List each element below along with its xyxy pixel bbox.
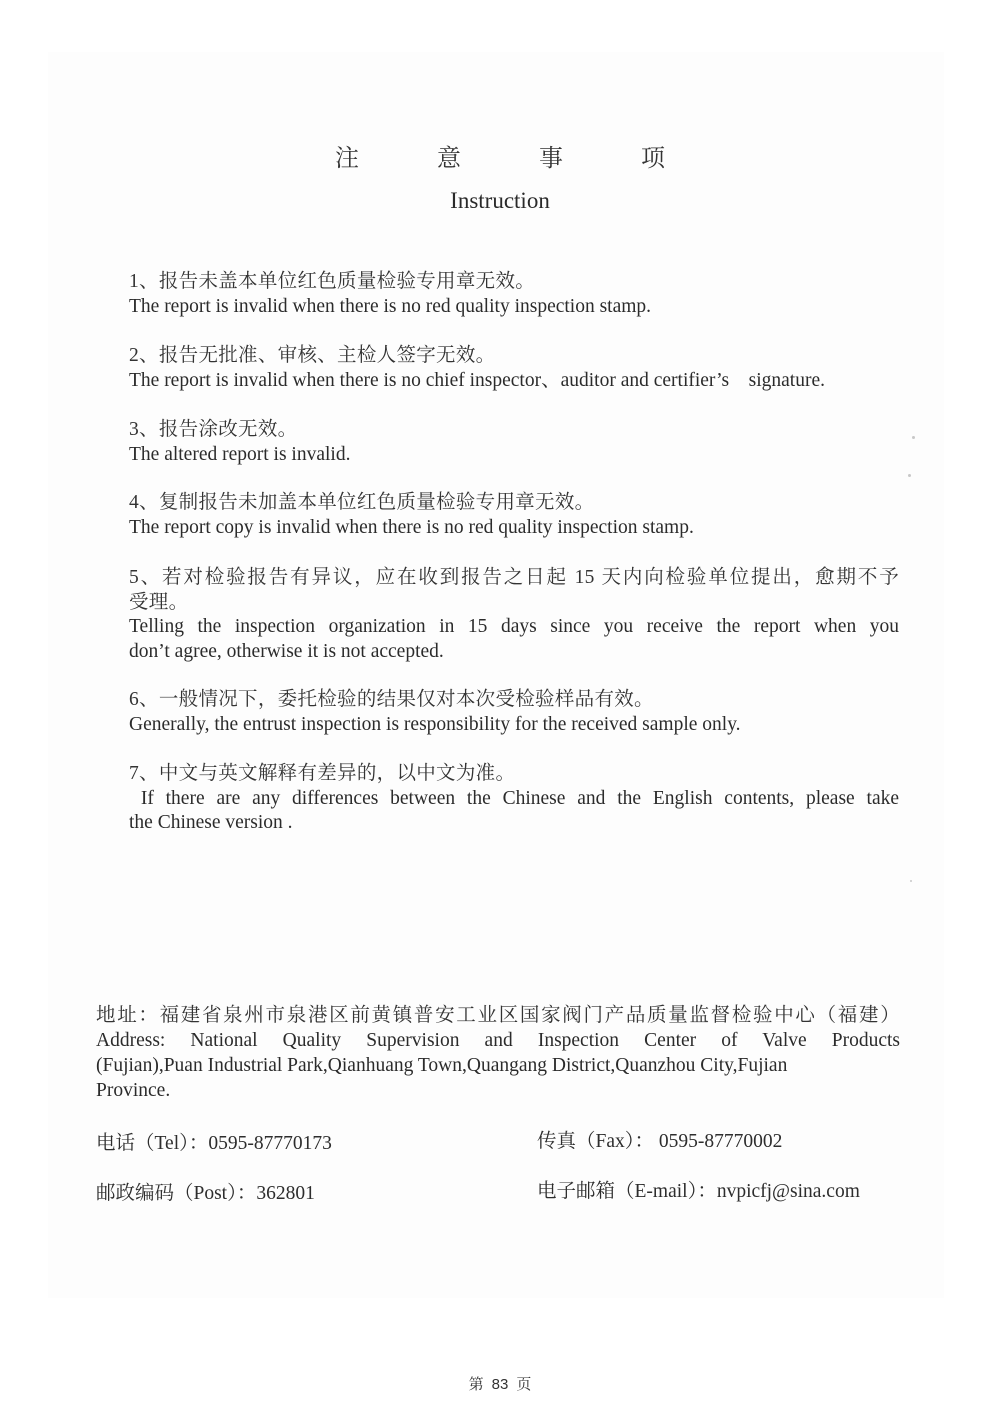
scanned-page-area: [48, 52, 944, 1298]
contact-tel: 电话（Tel）：0595-87770173: [96, 1127, 332, 1155]
instruction-text-en: The report is invalid when there is no r…: [129, 295, 899, 320]
instruction-item-6: 6、一般情况下，委托检验的结果仅对本次受检验样品有效。 Generally, t…: [129, 688, 899, 737]
instruction-text-cn: 3、报告涂改无效。: [129, 418, 899, 443]
instruction-item-5: 5、若对检验报告有异议，应在收到报告之日起 15 天内向检验单位提出，愈期不予 …: [129, 566, 899, 664]
page-number-prefix: 第: [469, 1376, 484, 1393]
instruction-text-en: Generally, the entrust inspection is res…: [129, 713, 899, 738]
instruction-text-cn: 2、报告无批准、审核、主检人签字无效。: [129, 344, 899, 369]
address-cn: 地址：福建省泉州市泉港区前黄镇普安工业区国家阀门产品质量监督检验中心（福建）: [96, 1003, 900, 1028]
page-title-chinese: 注 意 事 项: [0, 138, 1000, 173]
contact-email: 电子邮箱（E-mail）：nvpicfj@sina.com: [537, 1175, 860, 1203]
instruction-text-en: If there are any differences between the…: [129, 787, 899, 812]
address-en-line2: (Fujian),Puan Industrial Park,Qianhuang …: [96, 1053, 871, 1078]
address-en-line3: Province.: [96, 1078, 900, 1103]
page-number-footer: 第83页: [0, 1373, 1000, 1394]
instruction-text-en-continued: don’t agree, otherwise it is not accepte…: [129, 640, 899, 665]
instruction-item-3: 3、报告涂改无效。 The altered report is invalid.: [129, 418, 899, 467]
page-number-suffix: 页: [516, 1376, 531, 1393]
page-title-english: Instruction: [0, 188, 1000, 214]
page-number: 83: [492, 1376, 509, 1393]
instruction-text-en: The report copy is invalid when there is…: [129, 516, 899, 541]
instruction-text-cn: 5、若对检验报告有异议，应在收到报告之日起 15 天内向检验单位提出，愈期不予: [129, 566, 899, 591]
instruction-item-1: 1、报告未盖本单位红色质量检验专用章无效。 The report is inva…: [129, 270, 899, 319]
scan-speck: [908, 474, 911, 477]
address-en-line1: Address: National Quality Supervision an…: [96, 1028, 900, 1053]
instruction-text-cn: 6、一般情况下，委托检验的结果仅对本次受检验样品有效。: [129, 688, 899, 713]
instruction-text-en-continued: the Chinese version .: [129, 811, 899, 836]
address-block: 地址：福建省泉州市泉港区前黄镇普安工业区国家阀门产品质量监督检验中心（福建） A…: [96, 1003, 900, 1103]
contact-post: 邮政编码（Post）：362801: [96, 1177, 315, 1205]
instruction-text-cn: 7、中文与英文解释有差异的，以中文为准。: [129, 762, 899, 787]
scan-speck: [912, 436, 915, 439]
instruction-text-en: The report is invalid when there is no c…: [129, 369, 899, 394]
instruction-item-2: 2、报告无批准、审核、主检人签字无效。 The report is invali…: [129, 344, 899, 393]
instruction-item-4: 4、复制报告未加盖本单位红色质量检验专用章无效。 The report copy…: [129, 491, 899, 540]
instruction-text-cn: 4、复制报告未加盖本单位红色质量检验专用章无效。: [129, 491, 899, 516]
instruction-text-cn: 1、报告未盖本单位红色质量检验专用章无效。: [129, 270, 899, 295]
contact-fax: 传真（Fax）： 0595-87770002: [537, 1125, 782, 1153]
instruction-text-cn-continued: 受理。: [129, 591, 899, 616]
instruction-text-en: The altered report is invalid.: [129, 443, 899, 468]
scan-speck: [910, 880, 912, 882]
instruction-item-7: 7、中文与英文解释有差异的，以中文为准。 If there are any di…: [129, 762, 899, 836]
instruction-text-en: Telling the inspection organization in 1…: [129, 615, 899, 640]
